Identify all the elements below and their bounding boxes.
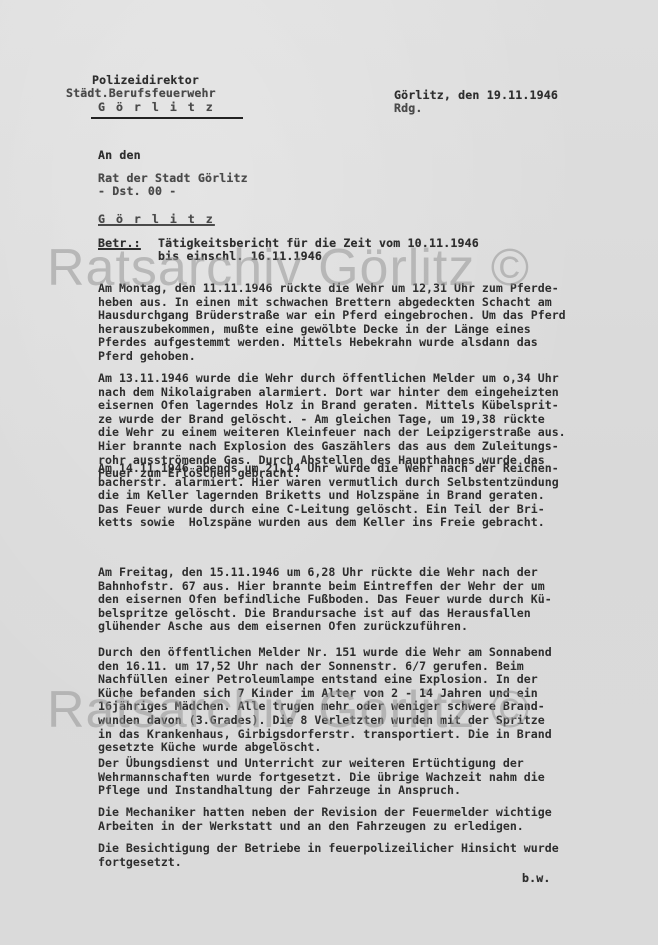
recipient-line-1: An den xyxy=(98,149,141,163)
report-paragraph: Die Besichtigung der Betriebe in feuerpo… xyxy=(98,842,559,869)
paragraph-line: eisernen Ofen lagerndes Holz in Brand ge… xyxy=(98,399,566,413)
sender-line-2: Städt.Berufsfeuerwehr xyxy=(66,87,216,101)
report-paragraph: Die Mechaniker hatten neben der Revision… xyxy=(98,806,552,833)
letterhead-underline xyxy=(91,117,243,119)
paragraph-line: Das Feuer wurde durch eine C-Leitung gel… xyxy=(98,503,559,517)
paragraph-line: glühender Asche aus dem eisernen Ofen zu… xyxy=(98,620,552,634)
reference-mark: Rdg. xyxy=(394,102,423,116)
document-page: Polizeidirektor Städt.Berufsfeuerwehr G … xyxy=(0,0,658,945)
paragraph-line: Arbeiten in der Werkstatt und an den Fah… xyxy=(98,820,552,834)
paragraph-line: Pflege und Instandhaltung der Fahrzeuge … xyxy=(98,784,545,798)
paragraph-line: ketts sowie Holzspäne wurden aus dem Kel… xyxy=(98,516,559,530)
paragraph-line: Am Montag, den 11.11.1946 rückte die Weh… xyxy=(98,282,566,296)
paragraph-line: fortgesetzt. xyxy=(98,856,559,870)
paragraph-line: Nachfüllen einer Petroleumlampe entstand… xyxy=(98,673,552,687)
paragraph-line: ze wurde der Brand gelöscht. - Am gleich… xyxy=(98,413,566,427)
paragraph-line: 16jähriges Mädchen. Alle trugen mehr ode… xyxy=(98,700,552,714)
paragraph-line: die Wehr zu einem weiteren Kleinfeuer na… xyxy=(98,426,566,440)
paragraph-line: Am Freitag, den 15.11.1946 um 6,28 Uhr r… xyxy=(98,566,552,580)
report-paragraph: Am Montag, den 11.11.1946 rückte die Weh… xyxy=(98,282,566,364)
paragraph-line: nach dem Nikolaigraben alarmiert. Dort w… xyxy=(98,386,566,400)
paragraph-line: Durch den öffentlichen Melder Nr. 151 wu… xyxy=(98,646,552,660)
paragraph-line: Am 13.11.1946 wurde die Wehr durch öffen… xyxy=(98,372,566,386)
paragraph-line: Hier brannte nach Explosion des Gaszähle… xyxy=(98,440,566,454)
subject-label: Betr.: xyxy=(98,237,141,251)
paragraph-line: Die Mechaniker hatten neben der Revision… xyxy=(98,806,552,820)
paragraph-line: Wehrmannschaften wurde fortgesetzt. Die … xyxy=(98,771,545,785)
paragraph-line: den eisernen Ofen befindliche Fußboden. … xyxy=(98,593,552,607)
paragraph-line: Pferd gehoben. xyxy=(98,350,566,364)
report-paragraph: Am Freitag, den 15.11.1946 um 6,28 Uhr r… xyxy=(98,566,552,634)
report-paragraph: Am 14.11.1946 abends um 21,14 Uhr wurde … xyxy=(98,462,559,530)
recipient-line-3: - Dst. 00 - xyxy=(98,185,176,199)
sender-line-3: G ö r l i t z xyxy=(98,101,215,115)
paragraph-line: Pferdes aufgestemmt werden. Mittels Hebe… xyxy=(98,336,566,350)
paragraph-line: Bahnhofstr. 67 aus. Hier brannte beim Ei… xyxy=(98,580,552,594)
report-paragraph: Der Übungsdienst und Unterricht zur weit… xyxy=(98,757,545,798)
paragraph-line: bacherstr. alarmiert. Hier waren vermutl… xyxy=(98,476,559,490)
paragraph-line: Die Besichtigung der Betriebe in feuerpo… xyxy=(98,842,559,856)
report-paragraph: Durch den öffentlichen Melder Nr. 151 wu… xyxy=(98,646,552,755)
paragraph-line: in das Krankenhaus, Girbigsdorferstr. tr… xyxy=(98,728,552,742)
paragraph-line: Am 14.11.1946 abends um 21,14 Uhr wurde … xyxy=(98,462,559,476)
paragraph-line: wunden davon (3.Grades). Die 8 Verletzte… xyxy=(98,714,552,728)
turn-over-note: b.w. xyxy=(522,872,551,886)
paragraph-line: herauszubekommen, mußte eine gewölbte De… xyxy=(98,323,566,337)
paragraph-line: Küche befanden sich 7 Kinder im Alter vo… xyxy=(98,687,552,701)
paragraph-line: heben aus. In einen mit schwachen Brette… xyxy=(98,296,566,310)
paragraph-line: die im Keller lagernden Briketts und Hol… xyxy=(98,489,559,503)
paragraph-line: gesetzte Küche wurde abgelöscht. xyxy=(98,741,552,755)
paragraph-line: belspritze gelöscht. Die Brandursache is… xyxy=(98,607,552,621)
subject-line-2: bis einschl. 16.11.1946 xyxy=(158,250,322,264)
paragraph-line: Der Übungsdienst und Unterricht zur weit… xyxy=(98,757,545,771)
paragraph-line: den 16.11. um 17,52 Uhr nach der Sonnens… xyxy=(98,660,552,674)
recipient-city: G ö r l i t z xyxy=(98,213,215,227)
paragraph-line: Hausdurchgang Brüderstraße war ein Pferd… xyxy=(98,309,566,323)
